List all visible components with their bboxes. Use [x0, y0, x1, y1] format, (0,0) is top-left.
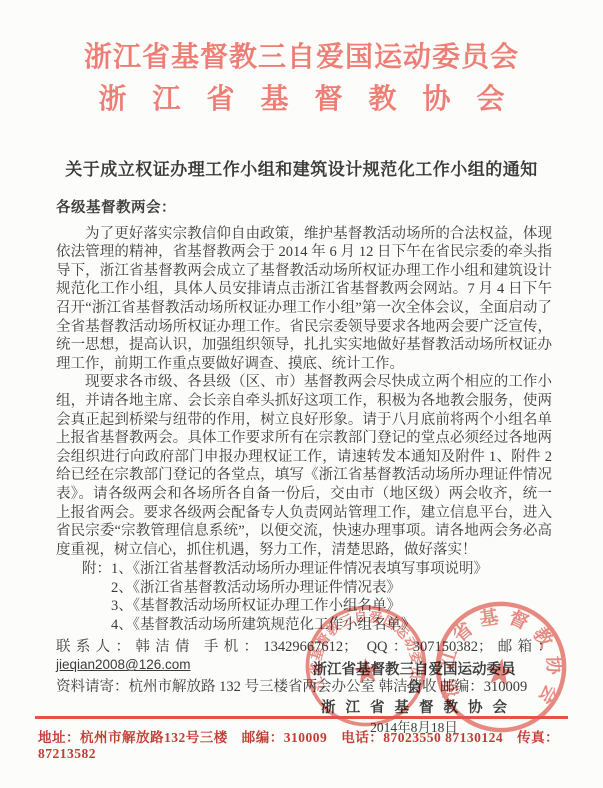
- attachment-item: 4、《基督教活动场所建筑规范化工作小组名单》: [111, 616, 552, 635]
- letterhead: 浙江省基督教三自爱国运动委员会 浙江省基督教协会: [0, 38, 603, 120]
- attachment-row: 3、《基督教活动场所权证办理工作小组名单》: [82, 597, 552, 616]
- attachment-row: 4、《基督教活动场所建筑规范化工作小组名单》: [82, 616, 552, 635]
- footer-info: 地址：杭州市解放路132号三楼邮编：310009电话：87023550 8713…: [38, 726, 578, 762]
- body-paragraph: 现要求各市级、各县级（区、市）基督教两会尽快成立两个相应的工作小组，并请各地主席…: [56, 373, 552, 559]
- contact-email: jieqian2008@126.com: [56, 657, 191, 672]
- footer-divider: [35, 716, 568, 719]
- document-title: 关于成立权证办理工作小组和建筑设计规范化工作小组的通知: [0, 155, 603, 180]
- attachment-row: 2、《浙江省基督教活动场所办理证件情况表》: [82, 579, 552, 598]
- footer-zip: 邮编：310009: [242, 730, 328, 745]
- attachment-list: 附： 1、《浙江省基督教活动场所办理证件情况表填写事项说明》 2、《浙江省基督教…: [82, 560, 552, 634]
- signature-org2: 浙江省基督教协会: [306, 699, 522, 717]
- signature-org1: 浙江省基督教三自爱国运动委员会: [306, 661, 522, 697]
- body-paragraph: 为了更好落实宗教信仰自由政策，维护基督教活动场所的合法权益，体现依法管理的精神，…: [56, 225, 552, 374]
- footer-phone: 电话：87023550 87130124: [341, 730, 503, 745]
- letterhead-org-line2: 浙江省基督教协会: [0, 80, 603, 120]
- contact-info: 联系人：韩洁倩 手机：13429667612； QQ：307150382；邮箱：: [56, 639, 552, 655]
- attachment-item: 1、《浙江省基督教活动场所办理证件情况表填写事项说明》: [111, 560, 552, 579]
- letterhead-org-line1: 浙江省基督教三自爱国运动委员会: [0, 38, 603, 78]
- footer-address: 地址：杭州市解放路132号三楼: [38, 730, 228, 745]
- attachment-row: 附： 1、《浙江省基督教活动场所办理证件情况表填写事项说明》: [82, 560, 552, 579]
- attachment-label: 附：: [82, 560, 111, 579]
- attachment-item: 3、《基督教活动场所权证办理工作小组名单》: [111, 597, 552, 616]
- document-page: 浙江省基督教三自爱国运动委员会 浙江省基督教协会 关于成立权证办理工作小组和建筑…: [0, 0, 603, 788]
- salutation: 各级基督教两会：: [56, 199, 552, 218]
- document-body: 各级基督教两会： 为了更好落实宗教信仰自由政策，维护基督教活动场所的合法权益，体…: [56, 199, 552, 696]
- attachment-item: 2、《浙江省基督教活动场所办理证件情况表》: [111, 579, 552, 598]
